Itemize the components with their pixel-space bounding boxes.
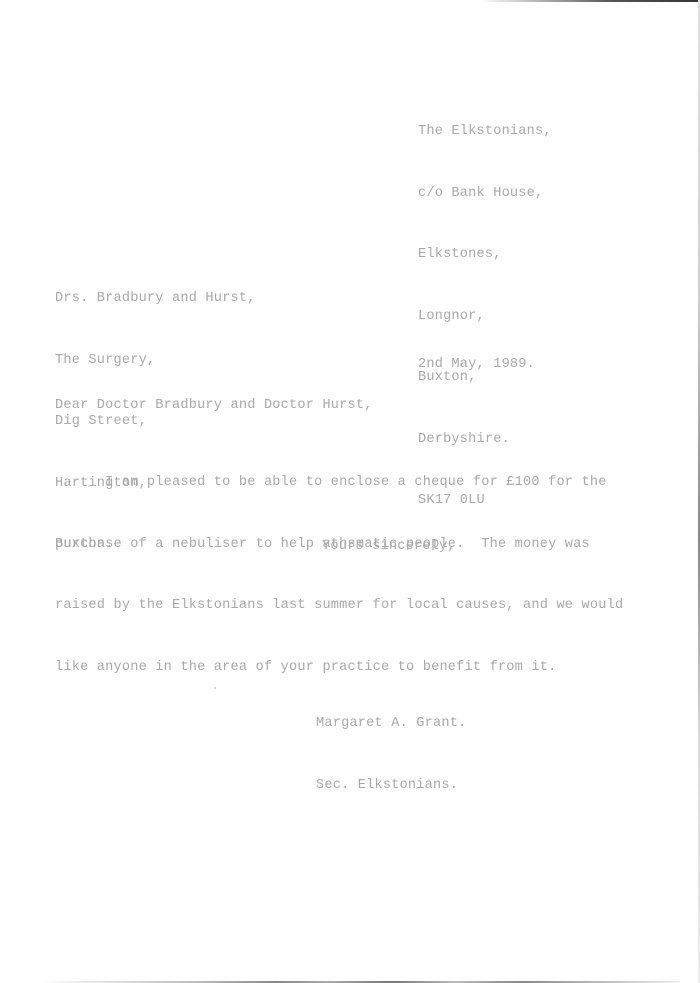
closing: Yours sincerely,	[322, 537, 456, 558]
paper-speck	[214, 687, 216, 689]
sender-address-line: Longnor,	[418, 307, 552, 328]
letter-date: 2nd May, 1989.	[418, 355, 535, 376]
sender-address-line: The Elkstonians,	[418, 122, 552, 143]
page-edge-top	[480, 0, 700, 2]
sender-address-line: Elkstones,	[418, 245, 552, 266]
letter-page: The Elkstonians, c/o Bank House, Elkston…	[0, 0, 700, 983]
recipient-address-line: Drs. Bradbury and Hurst,	[55, 289, 256, 310]
sender-address-line: c/o Bank House,	[418, 184, 552, 205]
body-line: raised by the Elkstonians last summer fo…	[55, 596, 623, 617]
signature-block: Margaret A. Grant. Sec. Elkstonians.	[316, 673, 466, 837]
signature-name: Margaret A. Grant.	[316, 714, 466, 735]
signature-title: Sec. Elkstonians.	[316, 776, 466, 797]
salutation: Dear Doctor Bradbury and Doctor Hurst,	[55, 396, 373, 417]
body-line: I am pleased to be able to enclose a che…	[55, 473, 623, 494]
recipient-address-line: The Surgery,	[55, 351, 256, 372]
